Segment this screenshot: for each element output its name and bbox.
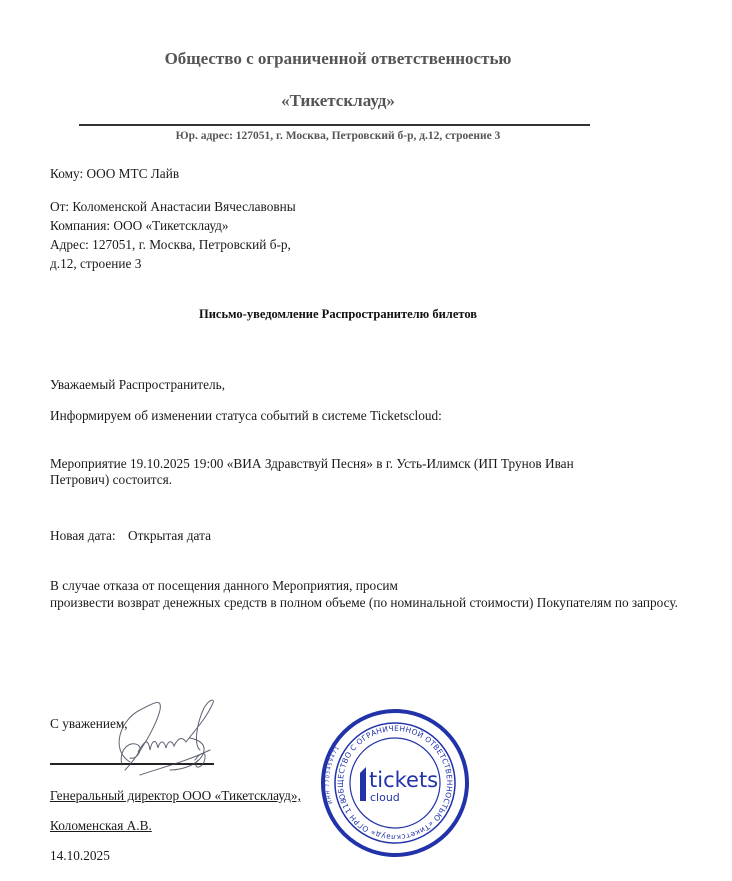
signer-name: Коломенская А.В.: [50, 818, 152, 834]
legal-address: Юр. адрес: 127051, г. Москва, Петровский…: [0, 130, 676, 142]
company-name-line2: «Тикетсклауд»: [0, 91, 676, 111]
new-date-label: Новая дата:: [50, 528, 116, 544]
signer-position: Генеральный директор ООО «Тикетсклауд»,: [50, 788, 301, 804]
svg-text:tickets: tickets: [369, 768, 438, 792]
greeting: Уважаемый Распространитель,: [50, 377, 225, 393]
sender-company: Компания: ООО «Тикетсклауд»: [50, 218, 229, 234]
sender-address-line1: Адрес: 127051, г. Москва, Петровский б-р…: [50, 237, 291, 253]
document-title-text: Письмо-уведомление Распространителю биле…: [199, 307, 477, 321]
company-stamp-icon: ОБЩЕСТВО С ОГРАНИЧЕННОЙ ОТВЕТСТВЕННОСТЬЮ…: [320, 703, 470, 863]
document-title: Письмо-уведомление Распространителю биле…: [0, 307, 676, 322]
sender-line: От: Коломенской Анастасии Вячеславовны: [50, 199, 296, 215]
legal-address-text: Юр. адрес: 127051, г. Москва, Петровский…: [176, 130, 501, 142]
letter-date: 14.10.2025: [50, 848, 110, 864]
event-line2: Петрович) состоится.: [50, 472, 172, 488]
recipient-line: Кому: ООО МТС Лайв: [50, 166, 179, 182]
signature-icon: [100, 690, 230, 785]
company-name-line1: Общество с ограниченной ответственностью: [0, 49, 676, 69]
sender-address-line2: д.12, строение 3: [50, 256, 141, 272]
inform-line: Информируем об изменении статуса событий…: [50, 408, 442, 424]
svg-text:cloud: cloud: [370, 791, 400, 804]
event-line1: Мероприятие 19.10.2025 19:00 «ВИА Здравс…: [50, 456, 574, 472]
refund-line2: произвести возврат денежных средств в по…: [50, 595, 678, 611]
header-divider: [79, 124, 590, 126]
refund-line1: В случае отказа от посещения данного Мер…: [50, 578, 398, 594]
new-date-value: Открытая дата: [128, 528, 211, 544]
